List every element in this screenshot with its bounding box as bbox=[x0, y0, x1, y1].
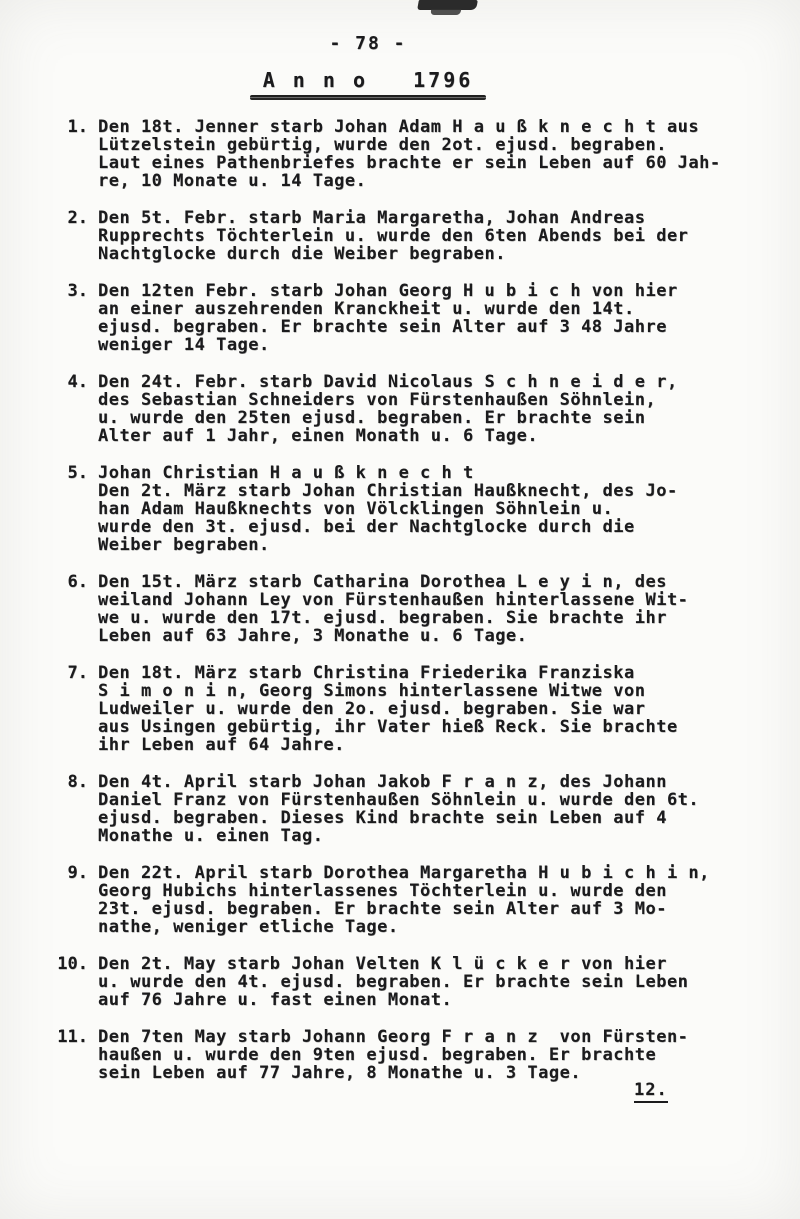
entry-line: ihr Leben auf 64 Jahre. bbox=[98, 736, 756, 754]
entry-text: Den 2t. May starb Johan Velten K l ü c k… bbox=[98, 955, 756, 1009]
entry-line: han Adam Haußknechts von Völcklingen Söh… bbox=[98, 500, 756, 518]
entry-number: 10. bbox=[46, 955, 98, 1009]
entry-number: 11. bbox=[46, 1028, 98, 1082]
entry-line: Den 18t. Jenner starb Johan Adam H a u ß… bbox=[98, 118, 756, 136]
entry-line: Ludweiler u. wurde den 2o. ejusd. begrab… bbox=[98, 700, 756, 718]
entry-line: u. wurde den 25ten ejusd. begraben. Er b… bbox=[98, 409, 756, 427]
page-title: A n n o 1796 bbox=[0, 68, 736, 92]
entry-line: weiland Johann Ley von Fürstenhaußen hin… bbox=[98, 591, 756, 609]
entry-number: 1. bbox=[46, 118, 98, 190]
entry-text: Den 24t. Febr. starb David Nicolaus S c … bbox=[98, 373, 756, 445]
entry-line: Monathe u. einen Tag. bbox=[98, 827, 756, 845]
entry-line: Den 24t. Febr. starb David Nicolaus S c … bbox=[98, 373, 756, 391]
entry-text: Den 4t. April starb Johan Jakob F r a n … bbox=[98, 773, 756, 845]
entry-line: Laut eines Pathenbriefes brachte er sein… bbox=[98, 154, 756, 172]
entry-line: Den 15t. März starb Catharina Dorothea L… bbox=[98, 573, 756, 591]
entry-text: Johan Christian H a u ß k n e c h tDen 2… bbox=[98, 464, 756, 554]
entry-line: auf 76 Jahre u. fast einen Monat. bbox=[98, 991, 756, 1009]
entry-text: Den 5t. Febr. starb Maria Margaretha, Jo… bbox=[98, 209, 756, 263]
entry-line: Johan Christian H a u ß k n e c h t bbox=[98, 464, 756, 482]
entry-line: Den 12ten Febr. starb Johan Georg H u b … bbox=[98, 282, 756, 300]
death-record-entry: 6. Den 15t. März starb Catharina Dorothe… bbox=[46, 573, 756, 645]
entry-number: 2. bbox=[46, 209, 98, 263]
death-record-entry: 11. Den 7ten May starb Johann Georg F r … bbox=[46, 1028, 756, 1082]
entry-text: Den 18t. März starb Christina Friederika… bbox=[98, 664, 756, 754]
entry-line: an einer auszehrenden Kranckheit u. wurd… bbox=[98, 300, 756, 318]
entry-text: Den 18t. Jenner starb Johan Adam H a u ß… bbox=[98, 118, 756, 190]
entry-line: Rupprechts Töchterlein u. wurde den 6ten… bbox=[98, 227, 756, 245]
death-record-entry: 3. Den 12ten Febr. starb Johan Georg H u… bbox=[46, 282, 756, 354]
entry-line: Alter auf 1 Jahr, einen Monath u. 6 Tage… bbox=[98, 427, 756, 445]
death-record-entry: 1. Den 18t. Jenner starb Johan Adam H a … bbox=[46, 118, 756, 190]
entry-line: we u. wurde den 17t. ejusd. begraben. Si… bbox=[98, 609, 756, 627]
entry-number: 3. bbox=[46, 282, 98, 354]
death-record-entry: 2. Den 5t. Febr. starb Maria Margaretha,… bbox=[46, 209, 756, 263]
entry-line: Den 4t. April starb Johan Jakob F r a n … bbox=[98, 773, 756, 791]
entry-line: 23t. ejusd. begraben. Er brachte sein Al… bbox=[98, 900, 756, 918]
death-record-entry: 8. Den 4t. April starb Johan Jakob F r a… bbox=[46, 773, 756, 845]
page-number-top: - 78 - bbox=[0, 34, 736, 54]
entry-number: 6. bbox=[46, 573, 98, 645]
entry-line: nathe, weniger etliche Tage. bbox=[98, 918, 756, 936]
death-record-entry: 7. Den 18t. März starb Christina Frieder… bbox=[46, 664, 756, 754]
entry-line: S i m o n i n, Georg Simons hinterlassen… bbox=[98, 682, 756, 700]
entry-line: haußen u. wurde den 9ten ejusd. begraben… bbox=[98, 1046, 756, 1064]
entry-line: des Sebastian Schneiders von Fürstenhauß… bbox=[98, 391, 756, 409]
entry-line: Den 2t. März starb Johan Christian Haußk… bbox=[98, 482, 756, 500]
entry-number: 4. bbox=[46, 373, 98, 445]
entry-line: u. wurde den 4t. ejusd. begraben. Er bra… bbox=[98, 973, 756, 991]
entry-line: Lützelstein gebürtig, wurde den 2ot. eju… bbox=[98, 136, 756, 154]
entry-number: 8. bbox=[46, 773, 98, 845]
entry-line: Leben auf 63 Jahre, 3 Monathe u. 6 Tage. bbox=[98, 627, 756, 645]
entry-line: wurde den 3t. ejusd. bei der Nachtglocke… bbox=[98, 518, 756, 536]
entry-line: Daniel Franz von Fürstenhaußen Söhnlein … bbox=[98, 791, 756, 809]
death-records-list: 1. Den 18t. Jenner starb Johan Adam H a … bbox=[46, 118, 756, 1101]
ink-smudge bbox=[417, 0, 478, 10]
entry-number: 9. bbox=[46, 864, 98, 936]
entry-line: Den 18t. März starb Christina Friederika… bbox=[98, 664, 756, 682]
entry-line: Georg Hubichs hinterlassenes Töchterlein… bbox=[98, 882, 756, 900]
entry-text: Den 22t. April starb Dorothea Margaretha… bbox=[98, 864, 756, 936]
entry-number: 5. bbox=[46, 464, 98, 554]
entry-line: ejusd. begraben. Dieses Kind brachte sei… bbox=[98, 809, 756, 827]
entry-text: Den 12ten Febr. starb Johan Georg H u b … bbox=[98, 282, 756, 354]
death-record-entry: 4. Den 24t. Febr. starb David Nicolaus S… bbox=[46, 373, 756, 445]
entry-line: Den 7ten May starb Johann Georg F r a n … bbox=[98, 1028, 756, 1046]
entry-line: Den 22t. April starb Dorothea Margaretha… bbox=[98, 864, 756, 882]
page-header: - 78 - A n n o 1796 bbox=[0, 34, 736, 100]
entry-text: Den 7ten May starb Johann Georg F r a n … bbox=[98, 1028, 756, 1082]
entry-line: weniger 14 Tage. bbox=[98, 336, 756, 354]
entry-number: 7. bbox=[46, 664, 98, 754]
entry-line: Nachtglocke durch die Weiber begraben. bbox=[98, 245, 756, 263]
entry-line: re, 10 Monate u. 14 Tage. bbox=[98, 172, 756, 190]
entry-line: Weiber begraben. bbox=[98, 536, 756, 554]
scanned-document-page: - 78 - A n n o 1796 1. Den 18t. Jenner s… bbox=[0, 0, 800, 1219]
page-number-bottom: 12. bbox=[634, 1080, 668, 1103]
entry-line: aus Usingen gebürtig, ihr Vater hieß Rec… bbox=[98, 718, 756, 736]
death-record-entry: 5. Johan Christian H a u ß k n e c h tDe… bbox=[46, 464, 756, 554]
death-record-entry: 9. Den 22t. April starb Dorothea Margare… bbox=[46, 864, 756, 936]
death-record-entry: 10. Den 2t. May starb Johan Velten K l ü… bbox=[46, 955, 756, 1009]
entry-line: ejusd. begraben. Er brachte sein Alter a… bbox=[98, 318, 756, 336]
entry-text: Den 15t. März starb Catharina Dorothea L… bbox=[98, 573, 756, 645]
heading-underline bbox=[250, 95, 486, 100]
entry-line: Den 2t. May starb Johan Velten K l ü c k… bbox=[98, 955, 756, 973]
entry-line: Den 5t. Febr. starb Maria Margaretha, Jo… bbox=[98, 209, 756, 227]
